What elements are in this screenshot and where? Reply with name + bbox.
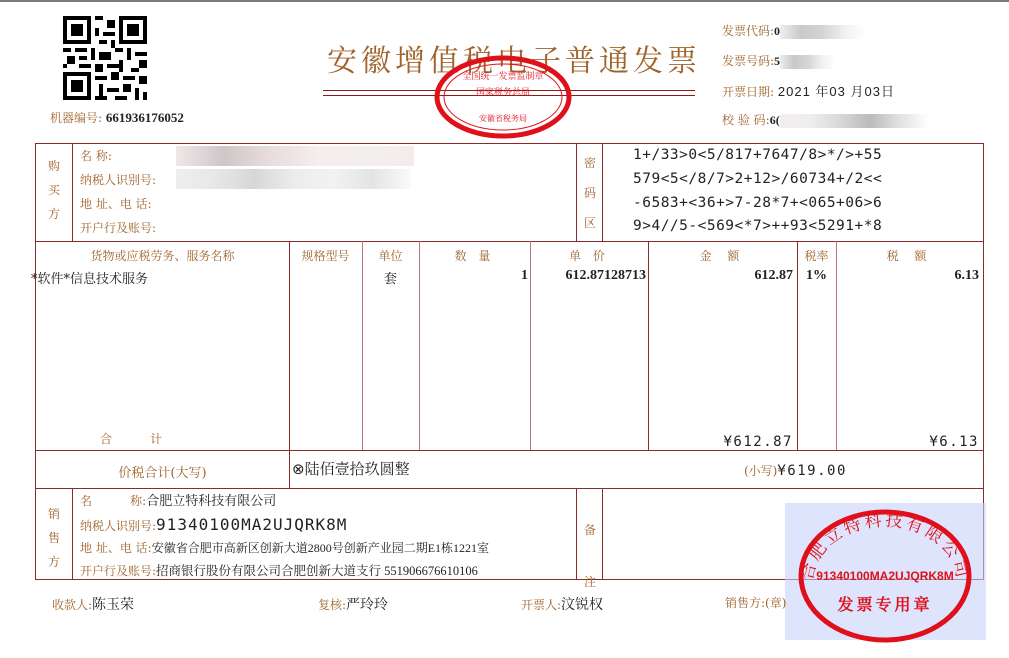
seller-bank-value: 招商银行股份有限公司合肥创新大道支行 551906676610106 [156, 564, 478, 578]
drawer: 开票人:汶锐权 [521, 594, 603, 614]
header-tax-amount: 税 额 [836, 247, 983, 264]
seller-address-value: 安徽省合肥市高新区创新大道2800号创新产业园二期E1栋1221室 [152, 541, 489, 555]
svg-text:全国统一发票监制章: 全国统一发票监制章 [462, 70, 543, 82]
machine-number: 机器编号: 661936176052 [50, 109, 184, 126]
password-line: -6583+<36+>7-28*7+<065+06>6 [633, 192, 882, 216]
item-name: *软件*信息技术服务 [31, 268, 148, 287]
item-tax: 6.13 [836, 268, 979, 284]
buyer-tax-label: 纳税人识别号: [80, 168, 156, 192]
seller-bank-row: 开户行及账号:招商银行股份有限公司合肥创新大道支行 55190667661010… [80, 559, 478, 583]
header-quantity: 数 量 [419, 247, 530, 264]
buyer-name-redacted [176, 146, 414, 166]
divider [289, 241, 290, 488]
invoice-date-label: 开票日期: [722, 85, 774, 99]
check-code: 校 验 码:6( [722, 111, 930, 128]
password-line: 1+/33>0<5/817+7647/8>*/>+55 [633, 144, 882, 168]
seller-address-row: 地 址、电 话:安徽省合肥市高新区创新大道2800号创新产业园二期E1栋1221… [80, 536, 489, 560]
check-code-value: 6( [770, 113, 780, 127]
grand-total-label: 价税合计(大写) [36, 462, 289, 481]
grand-total-lower-value: ¥619.00 [777, 463, 847, 479]
seller-tax-row: 纳税人识别号:91340100MA2UJQRK8M [80, 513, 347, 537]
seller-tax-label: 纳税人识别号: [80, 519, 156, 533]
invoice-code: 发票代码:0 [722, 22, 865, 39]
check-code-label: 校 验 码: [722, 113, 770, 127]
invoice-date-value: 2021 年03 月03日 [778, 84, 895, 99]
svg-text:发票专用章: 发票专用章 [836, 595, 932, 614]
payee-value: 陈玉荣 [92, 598, 134, 613]
divider [72, 488, 73, 580]
window-top-border [0, 0, 1009, 2]
seller-stamp-label: 销售方:(章) [725, 594, 786, 611]
password-area: 1+/33>0<5/817+7647/8>*/>+55579<5</8/7>2+… [633, 144, 882, 239]
seller-address-label: 地 址、电 话: [80, 541, 152, 555]
seller-bank-label: 开户行及账号: [80, 564, 156, 578]
invoice-code-label: 发票代码: [722, 24, 774, 38]
svg-text:国家税务总局: 国家税务总局 [476, 86, 530, 98]
divider [36, 241, 983, 242]
password-line: 9>4//5-<569<*7>++93<5291+*8 [633, 215, 882, 239]
svg-text:安徽省税务局: 安徽省税务局 [479, 113, 527, 123]
remarks-side-label: 备 注 [575, 504, 605, 608]
cross-circle-icon: ⊗ [292, 460, 305, 478]
item-unit: 套 [362, 268, 419, 287]
payee-label: 收款人: [52, 598, 92, 612]
machine-number-label: 机器编号: [50, 111, 102, 125]
grand-total-lower-label: (小写) [744, 464, 777, 478]
machine-number-value: 661936176052 [106, 110, 184, 125]
buyer-side-label: 购 买 方 [39, 154, 69, 226]
reviewer-label: 复核: [318, 598, 346, 612]
grand-total-upper: ⊗陆佰壹拾玖圆整 [292, 458, 410, 479]
seller-invoice-seal: 合肥立特科技有限公司 91340100MA2UJQRK8M 发票专用章 [797, 500, 977, 648]
official-supervision-seal: 全国统一发票监制章 国家税务总局 安徽省税务局 [433, 55, 573, 140]
header-price: 单 价 [530, 247, 648, 264]
qr-code [63, 16, 147, 100]
grand-total-lower: (小写)¥619.00 [744, 460, 847, 479]
total-label: 合 计 [100, 430, 162, 447]
seller-name-value: 合肥立特科技有限公司 [146, 493, 276, 508]
reviewer: 复核:严玲玲 [318, 594, 388, 614]
header-item-name: 货物或应税劳务、服务名称 [36, 247, 289, 264]
redacted-blur [780, 114, 930, 128]
grand-total-upper-value: 陆佰壹拾玖圆整 [305, 460, 410, 478]
password-side-label: 密 码 区 [575, 148, 605, 238]
header-spec: 规格型号 [289, 247, 362, 264]
item-amount: 612.87 [648, 268, 793, 284]
item-quantity: 1 [419, 268, 528, 284]
header-tax-rate: 税率 [797, 247, 836, 264]
seller-tax-value: 91340100MA2UJQRK8M [156, 515, 347, 534]
buyer-bank-label: 开户行及账号: [80, 216, 156, 240]
invoice-number: 发票号码:5 [722, 52, 835, 69]
total-amount: ¥612.87 [648, 434, 793, 450]
total-tax: ¥6.13 [836, 434, 979, 450]
divider [36, 450, 983, 451]
buyer-tax-redacted [176, 169, 411, 189]
header-unit: 单位 [362, 247, 419, 264]
item-tax-rate: 1% [797, 268, 836, 284]
seller-name-row: 名 称:合肥立特科技有限公司 [80, 489, 276, 513]
redacted-blur [780, 25, 865, 39]
drawer-value: 汶锐权 [561, 598, 603, 613]
invoice-number-label: 发票号码: [722, 54, 774, 68]
drawer-label: 开票人: [521, 598, 561, 612]
payee: 收款人:陈玉荣 [52, 594, 134, 614]
buyer-address-label: 地 址、电 话: [80, 192, 152, 216]
item-price: 612.87128713 [530, 268, 646, 284]
svg-text:91340100MA2UJQRK8M: 91340100MA2UJQRK8M [816, 569, 953, 583]
seller-side-label: 销 售 方 [39, 502, 69, 574]
invoice-date: 开票日期: 2021 年03 月03日 [722, 81, 895, 100]
password-line: 579<5</8/7>2+12>/60734+/2<< [633, 168, 882, 192]
divider [72, 144, 73, 241]
redacted-blur [780, 55, 835, 69]
seller-name-label: 名 称: [80, 494, 146, 508]
buyer-name-label: 名 称: [80, 144, 112, 168]
reviewer-value: 严玲玲 [346, 598, 388, 613]
header-amount: 金 额 [648, 247, 797, 264]
